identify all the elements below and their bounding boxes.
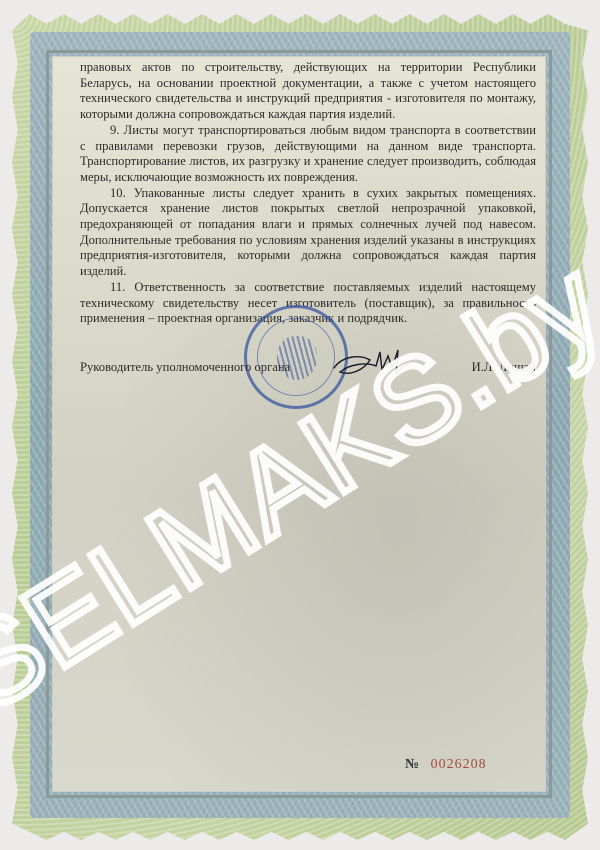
document-body: правовых актов по строительству, действу… [80,60,536,327]
signature-row: Руководитель уполномоченного органа И.Л.… [80,360,536,380]
signatory-role: Руководитель уполномоченного органа [80,360,290,375]
signatory-name: И.Л. Лишай [472,360,536,375]
paragraph-continuation: правовых актов по строительству, действу… [80,60,536,123]
number-symbol: № [405,757,420,772]
document-number: № 0026208 [405,757,487,773]
paragraph-9-transport: 9. Листы могут транспортироваться любым … [80,123,536,186]
handwritten-signature-icon [330,346,410,382]
number-value: 0026208 [431,757,487,772]
paragraph-10-storage: 10. Упакованные листы следует хранить в … [80,186,536,280]
